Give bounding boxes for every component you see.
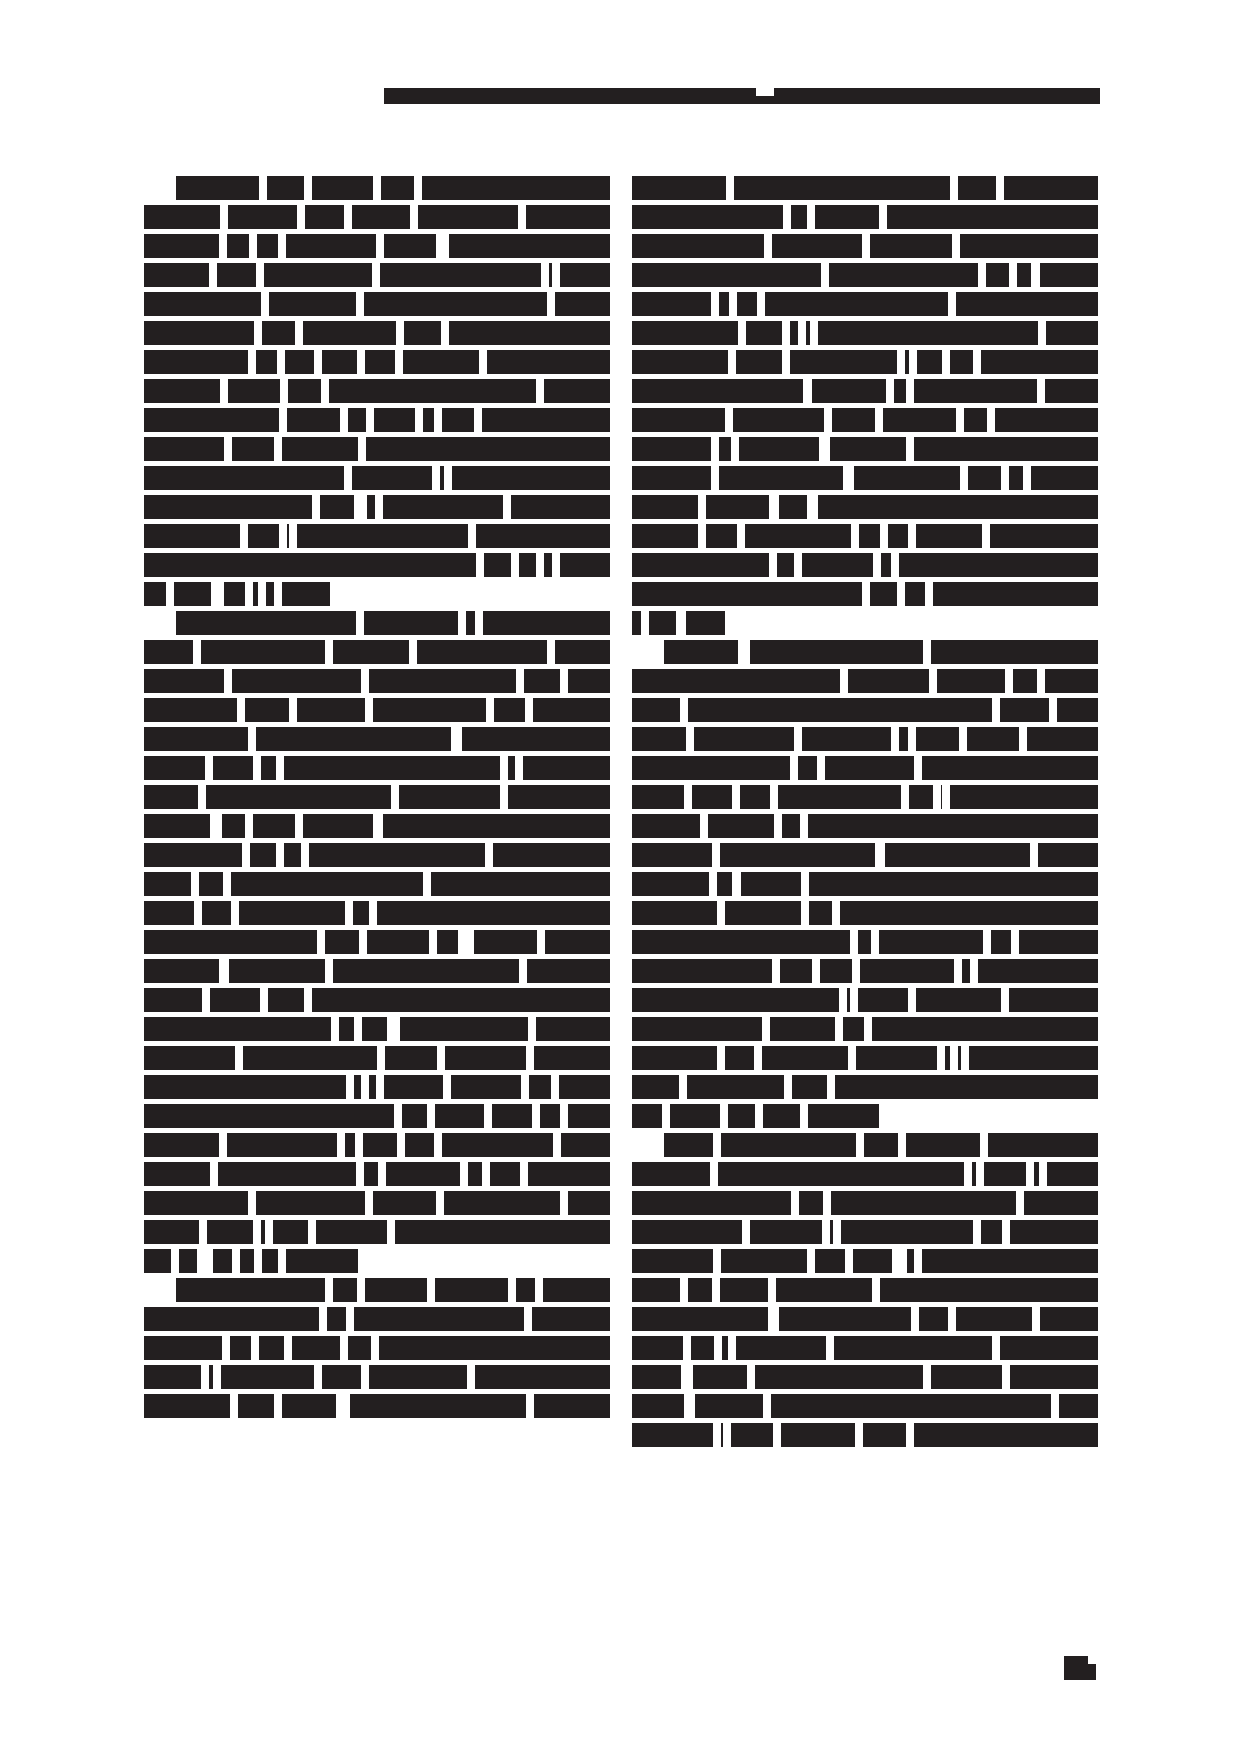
word-gap <box>1011 930 1019 954</box>
word-gap <box>458 930 466 954</box>
word-gap <box>641 611 649 635</box>
word-gap <box>276 843 284 867</box>
redacted-text-line <box>632 1394 1098 1418</box>
word-gap <box>479 350 487 374</box>
word-gap <box>769 553 777 577</box>
word-gap <box>289 698 297 722</box>
redacted-text-line <box>632 1162 1098 1186</box>
word-gap <box>366 408 374 432</box>
word-gap <box>709 872 717 896</box>
redacted-text-line <box>144 698 610 722</box>
word-gap <box>214 814 222 838</box>
word-gap <box>521 1075 529 1099</box>
word-gap <box>845 1249 853 1273</box>
word-gap <box>898 1133 906 1157</box>
word-gap <box>886 379 894 403</box>
redacted-text-line <box>144 263 610 287</box>
word-gap <box>973 1220 981 1244</box>
word-gap <box>733 872 741 896</box>
word-gap <box>467 1365 475 1389</box>
redacted-text-line <box>144 408 610 432</box>
word-gap <box>804 379 812 403</box>
word-gap <box>395 350 403 374</box>
redacted-text-line <box>144 321 610 345</box>
word-gap <box>782 321 790 345</box>
word-gap <box>720 1104 728 1128</box>
word-gap <box>205 756 213 780</box>
redacted-text-line <box>176 1278 610 1302</box>
word-gap <box>552 553 560 577</box>
redacted-text-line <box>144 959 610 983</box>
word-gap <box>235 1046 243 1070</box>
redacted-text-line <box>144 1162 610 1186</box>
page-number-text: [redacted] <box>1064 1656 1065 1657</box>
word-gap <box>768 1278 776 1302</box>
word-gap <box>261 292 269 316</box>
word-gap <box>427 1278 435 1302</box>
page-number-glyph-notch <box>1088 1656 1096 1664</box>
redacted-text-line <box>144 553 610 577</box>
word-gap <box>683 1336 691 1360</box>
word-gap <box>434 408 442 432</box>
word-gap <box>713 1249 721 1273</box>
redacted-text-line <box>144 495 610 519</box>
word-gap <box>249 234 257 258</box>
text-column-left <box>144 176 610 1423</box>
word-gap <box>1002 1220 1010 1244</box>
word-gap <box>711 466 719 490</box>
redacted-text-line <box>632 669 1098 693</box>
word-gap <box>361 1365 369 1389</box>
word-gap <box>441 321 449 345</box>
word-gap <box>827 1075 835 1099</box>
word-gap <box>909 350 917 374</box>
word-gap <box>812 959 820 983</box>
word-gap <box>1037 379 1045 403</box>
word-gap <box>500 756 508 780</box>
word-gap <box>784 1075 792 1099</box>
word-gap <box>224 669 232 693</box>
word-gap <box>700 814 708 838</box>
word-gap <box>373 176 381 200</box>
word-gap <box>817 756 825 780</box>
redacted-text-line <box>176 176 610 200</box>
redacted-text-line <box>632 524 1098 548</box>
redacted-text-line <box>144 988 610 1012</box>
word-gap <box>808 495 816 519</box>
word-gap <box>409 640 417 664</box>
redacted-text-line <box>144 785 610 809</box>
word-gap <box>536 379 544 403</box>
word-gap <box>486 698 494 722</box>
word-gap <box>321 379 329 403</box>
word-gap <box>220 379 228 403</box>
word-gap <box>223 872 231 896</box>
word-gap <box>354 1017 362 1041</box>
word-gap <box>560 669 568 693</box>
word-gap <box>375 495 383 519</box>
word-gap <box>166 582 174 606</box>
word-gap <box>358 437 366 461</box>
word-gap <box>325 959 333 983</box>
word-gap <box>772 959 780 983</box>
word-gap <box>1002 1365 1010 1389</box>
word-gap <box>897 350 905 374</box>
word-gap <box>458 611 466 635</box>
word-gap <box>373 814 381 838</box>
word-gap <box>256 263 264 287</box>
word-gap <box>525 698 533 722</box>
redacted-text-line <box>144 640 610 664</box>
redacted-text-line <box>632 1423 1098 1447</box>
word-gap <box>728 1336 736 1360</box>
word-gap <box>361 1075 369 1099</box>
word-gap <box>1038 321 1046 345</box>
word-gap <box>259 176 267 200</box>
word-gap <box>526 1046 534 1070</box>
word-gap <box>711 292 719 316</box>
word-gap <box>325 1278 333 1302</box>
word-gap <box>396 321 404 345</box>
word-gap <box>1023 466 1031 490</box>
word-gap <box>397 1133 405 1157</box>
word-gap <box>434 1133 442 1157</box>
word-gap <box>1031 263 1039 287</box>
word-gap <box>1016 1191 1024 1215</box>
redacted-text-line <box>632 1046 1098 1070</box>
word-gap <box>209 263 217 287</box>
word-gap <box>875 408 883 432</box>
word-gap <box>713 1133 721 1157</box>
word-gap <box>768 1307 776 1331</box>
redacted-text-line <box>632 234 1098 258</box>
word-gap <box>961 1046 969 1070</box>
word-gap <box>535 1278 543 1302</box>
word-gap <box>376 1075 384 1099</box>
word-gap <box>1037 669 1045 693</box>
word-gap <box>763 1394 771 1418</box>
word-gap <box>929 669 937 693</box>
word-gap <box>551 1075 559 1099</box>
word-gap <box>436 1191 444 1215</box>
redacted-text-line <box>144 466 610 490</box>
word-gap <box>356 611 364 635</box>
word-gap <box>1009 263 1017 287</box>
word-gap <box>466 930 474 954</box>
word-gap <box>340 408 348 432</box>
word-gap <box>224 437 232 461</box>
redacted-text-line <box>144 1394 610 1418</box>
redacted-text-line <box>632 1017 1098 1041</box>
word-gap <box>686 727 694 751</box>
word-gap <box>1049 698 1057 722</box>
word-gap <box>676 611 684 635</box>
word-gap <box>687 1394 695 1418</box>
word-gap <box>970 959 978 983</box>
word-gap <box>850 930 858 954</box>
word-gap <box>503 495 511 519</box>
redacted-text-line <box>632 495 1098 519</box>
word-gap <box>679 1075 687 1099</box>
word-gap <box>1030 843 1038 867</box>
word-gap <box>794 727 802 751</box>
word-gap <box>361 669 369 693</box>
word-gap <box>723 1423 731 1447</box>
redacted-text-line <box>632 466 1098 490</box>
word-gap <box>515 756 523 780</box>
word-gap <box>314 1365 322 1389</box>
word-gap <box>414 176 422 200</box>
word-gap <box>476 553 484 577</box>
word-gap <box>474 408 482 432</box>
word-gap <box>295 321 303 345</box>
word-gap <box>782 350 790 374</box>
word-gap <box>983 930 991 954</box>
redacted-text-line <box>144 756 610 780</box>
word-gap <box>221 959 229 983</box>
word-gap <box>950 1046 958 1070</box>
redacted-text-line <box>144 437 610 461</box>
redacted-text-line <box>632 988 1098 1012</box>
word-gap <box>906 1423 914 1447</box>
word-gap <box>819 437 827 461</box>
redacted-text-line <box>144 379 610 403</box>
word-gap <box>432 466 440 490</box>
redacted-text-line <box>632 901 1098 925</box>
word-gap <box>911 1307 919 1331</box>
redacted-text-line <box>144 1133 610 1157</box>
word-gap <box>773 1423 781 1447</box>
word-gap <box>982 524 990 548</box>
redacted-text-line <box>632 1075 1098 1099</box>
word-gap <box>891 553 899 577</box>
word-gap <box>914 756 922 780</box>
redacted-text-line <box>632 727 1098 751</box>
word-gap <box>547 292 555 316</box>
word-gap <box>516 669 524 693</box>
redacted-text-line <box>632 1104 879 1128</box>
word-gap <box>770 785 778 809</box>
word-gap <box>710 1162 718 1186</box>
word-gap <box>460 1162 468 1186</box>
word-gap <box>1001 988 1009 1012</box>
word-gap <box>862 234 870 258</box>
word-gap <box>906 437 914 461</box>
word-gap <box>790 756 798 780</box>
redacted-text-line <box>632 263 1098 287</box>
word-gap <box>357 350 365 374</box>
word-gap <box>1001 466 1009 490</box>
word-gap <box>260 988 268 1012</box>
word-gap <box>369 901 377 925</box>
word-gap <box>726 176 734 200</box>
word-gap <box>202 988 210 1012</box>
word-gap <box>662 1104 670 1128</box>
word-gap <box>732 785 740 809</box>
redacted-text-line <box>144 1017 610 1041</box>
word-gap <box>717 1046 725 1070</box>
word-gap <box>791 1191 799 1215</box>
word-gap <box>950 176 958 200</box>
word-gap <box>996 176 1004 200</box>
word-gap <box>872 1278 880 1302</box>
word-gap <box>201 1365 209 1389</box>
word-gap <box>908 988 916 1012</box>
redacted-text-line <box>632 292 1098 316</box>
word-gap <box>508 1278 516 1302</box>
word-gap <box>387 1017 395 1041</box>
word-gap <box>441 234 449 258</box>
redacted-text-line <box>632 930 1098 954</box>
word-gap <box>443 1075 451 1099</box>
word-gap <box>427 1104 435 1128</box>
word-gap <box>415 408 423 432</box>
word-gap <box>376 234 384 258</box>
word-gap <box>832 901 840 925</box>
word-gap <box>191 872 199 896</box>
word-gap <box>1039 1162 1047 1186</box>
word-gap <box>680 698 688 722</box>
redacted-text-line <box>632 1307 1098 1331</box>
word-gap <box>356 1162 364 1186</box>
word-gap <box>500 785 508 809</box>
word-gap <box>973 350 981 374</box>
redacted-text-line <box>144 1365 610 1389</box>
word-gap <box>560 1104 568 1128</box>
redacted-text-line <box>632 611 725 635</box>
word-gap <box>199 1220 207 1244</box>
word-gap <box>289 524 297 548</box>
redacted-text-line <box>632 350 1098 374</box>
word-gap <box>237 698 245 722</box>
word-gap <box>992 698 1000 722</box>
redacted-text-line <box>144 582 330 606</box>
word-gap <box>444 466 452 490</box>
word-gap <box>1005 669 1013 693</box>
word-gap <box>923 1365 931 1389</box>
word-gap <box>482 1162 490 1186</box>
word-gap <box>848 1046 856 1070</box>
word-gap <box>219 234 227 258</box>
word-gap <box>284 1336 292 1360</box>
word-gap <box>801 901 809 925</box>
redacted-text-line <box>144 1046 610 1070</box>
word-gap <box>553 1133 561 1157</box>
word-gap <box>331 1017 339 1041</box>
word-gap <box>197 1249 205 1273</box>
redacted-text-line <box>632 1220 1098 1244</box>
redacted-text-line <box>632 1278 1098 1302</box>
word-gap <box>304 176 312 200</box>
word-gap <box>873 553 881 577</box>
word-gap <box>754 1046 762 1070</box>
word-gap <box>253 756 261 780</box>
redacted-text-line <box>144 205 610 229</box>
redacted-text-line <box>144 292 610 316</box>
word-gap <box>755 1104 763 1128</box>
redacted-text-line <box>144 1307 610 1331</box>
word-gap <box>757 292 765 316</box>
word-gap <box>193 640 201 664</box>
word-gap <box>475 611 483 635</box>
document-page: [redacted] [redacted] <box>0 0 1240 1754</box>
word-gap <box>258 582 266 606</box>
word-gap <box>956 408 964 432</box>
word-gap <box>254 321 262 345</box>
word-gap <box>933 785 941 809</box>
word-gap <box>372 263 380 287</box>
redacted-text-line <box>144 727 610 751</box>
word-gap <box>729 292 737 316</box>
word-gap <box>325 640 333 664</box>
word-gap <box>901 785 909 809</box>
word-gap <box>800 814 808 838</box>
redacted-text-line <box>632 1191 1098 1215</box>
word-gap <box>711 437 719 461</box>
redacted-text-line <box>144 814 610 838</box>
word-gap <box>731 437 739 461</box>
word-gap <box>423 872 431 896</box>
redacted-text-line <box>144 843 610 867</box>
word-gap <box>738 640 746 664</box>
word-gap <box>1051 1394 1059 1418</box>
redacted-text-line <box>632 698 1098 722</box>
word-gap <box>794 553 802 577</box>
word-gap <box>301 843 309 867</box>
redacted-text-line <box>144 930 610 954</box>
word-gap <box>410 205 418 229</box>
word-gap <box>698 495 706 519</box>
word-gap <box>198 785 206 809</box>
word-gap <box>232 1249 240 1273</box>
word-gap <box>769 495 777 519</box>
redacted-text-line <box>632 843 1098 867</box>
word-gap <box>429 930 437 954</box>
word-gap <box>680 1278 688 1302</box>
word-gap <box>231 901 239 925</box>
word-gap <box>359 495 367 519</box>
word-gap <box>1032 1307 1040 1331</box>
word-gap <box>728 350 736 374</box>
word-gap <box>747 1365 755 1389</box>
word-gap <box>468 524 476 548</box>
word-gap <box>278 1249 286 1273</box>
word-gap <box>345 901 353 925</box>
word-gap <box>959 727 967 751</box>
word-gap <box>908 524 916 548</box>
redacted-text-line <box>144 901 610 925</box>
word-gap <box>1026 1162 1034 1186</box>
word-gap <box>344 205 352 229</box>
word-gap <box>976 1162 984 1186</box>
word-gap <box>222 1336 230 1360</box>
word-gap <box>279 408 287 432</box>
redacted-text-line <box>632 785 1098 809</box>
redacted-text-line <box>144 524 610 548</box>
word-gap <box>1019 727 1027 751</box>
word-gap <box>278 234 286 258</box>
word-gap <box>279 524 287 548</box>
word-gap <box>864 1017 872 1041</box>
word-gap <box>518 205 526 229</box>
running-header: [redacted] <box>384 88 1100 104</box>
word-gap <box>906 379 914 403</box>
redacted-text-line <box>144 872 610 896</box>
redacted-text-line <box>176 611 610 635</box>
word-gap <box>862 582 870 606</box>
word-gap <box>879 205 887 229</box>
word-gap <box>340 1336 348 1360</box>
